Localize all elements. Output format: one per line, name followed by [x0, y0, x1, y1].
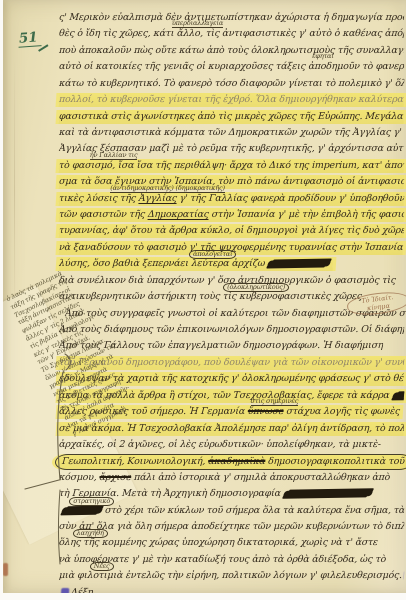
handwritten-text: τυραννίας, ἀφ' ὅτου τὰ ἄρθρα κύκλο, οἱ δ… — [59, 224, 405, 238]
manuscript-line: μιὰ φιλοτιμιὰ ἐντελῶς τὴν εἰρήνη, πολιτι… — [59, 569, 401, 585]
interline-insertion: ἐφηταί — [312, 53, 334, 60]
manuscript-line: φασιστικὰ στὶς ἀγωνίστηκες ἀπὸ τὶς μικρὲ… — [59, 110, 401, 126]
interline-insertion: ὑπερδιαλλαγεία — [172, 20, 223, 28]
scanned-manuscript-page: 51 ς' Μερικὸν εὐαλπισμὰ δὲν ἀντιμετωπίστ… — [0, 0, 406, 600]
manuscript-line: σὲ μιὰ ἀκόμα. Ἡ Τσεχοσλοβακία Ἀπολέμησε … — [59, 422, 401, 438]
manuscript-line: τικὲς λύσεις τῆς Ἀγγλίας γ' τῆς Γαλλίας … — [59, 192, 401, 208]
manuscript-line: λύσης, ὅσο βαθιὰ ξεπερνάει λεύτερα ἀρχίζ… — [59, 257, 401, 273]
manuscript-line: αὐτὸ οἱ κατοικίες τῆς γενιᾶς οἱ κυριαρχο… — [59, 60, 401, 76]
handwritten-text: κάτω τὸ κυβερνητικό. Τὸ φανερὸ τόσο διαφ… — [59, 77, 405, 91]
handwritten-text: στὸ χέρι τῶν κύκλων τοῦ σήμερα ὅλα τὰ κα… — [59, 504, 405, 518]
manuscript-line: ὅλης τῆς κομμένης χώρας ὑποχώρηση δικτατ… — [59, 536, 401, 552]
manuscript-line: τῶν φασιστῶν τῆς Δημοκρατίας στὴν Ἱσπανί… — [59, 208, 401, 224]
manuscript-line: θὲς ὁ ἴδη τὶς χῶρες, κάτι ἄλλο, τὶς ἀντι… — [59, 27, 401, 43]
interline-insertion: ἀπολογεῖται — [189, 250, 236, 259]
handwritten-text: Λέξη. — [59, 586, 97, 593]
manuscript-line: ποὺ ἀποκαλοῦν πὼς οὔτε κάτω ἀπὸ τοὺς ὁλο… — [59, 44, 401, 60]
underlined-word: Ἀγγλίας — [138, 193, 177, 204]
manuscript-line: Γεωπολιτική, Κοινωνιολογική, ἀκαδημαϊκὰ … — [59, 454, 401, 470]
scribbled-out-text — [282, 489, 373, 498]
manuscript-line: σὺν ἀπ' ὅλα γιὰ ὅλη σήμερα ἀποδείχτηκε τ… — [59, 520, 401, 536]
struck-word: ὕπνωσε — [247, 406, 284, 417]
manuscript-line: τυραννίας, ἀφ' ὅτου τὰ ἄρθρα κύκλο, οἱ δ… — [59, 224, 401, 240]
ink-smudge — [3, 563, 8, 576]
manuscript-paper: 51 ς' Μερικὸν εὐαλπισμὰ δὲν ἀντιμετωπίστ… — [3, 0, 406, 593]
handwritten-text: ἀρχαϊκές, οἱ 2 ἀγῶνες, οἱ λὲς εὐρωδυτικῶ… — [59, 438, 382, 452]
handwritten-text: Γεωπολιτική, Κοινωνιολογική, ἀκαδημαϊκὰ … — [54, 454, 406, 470]
blue-ink-mark — [404, 571, 405, 580]
handwritten-text: σὺν ἀπ' ὅλα γιὰ ὅλη σήμερα ἀποδείχτηκε τ… — [59, 520, 405, 534]
handwritten-text: καὶ τὰ ἀντιφασιστικὰ κόμματα τῶν Δημοκρα… — [59, 126, 405, 140]
handwritten-text: θὲς ὁ ἴδη τὶς χῶρες, κάτι ἄλλο, τὶς ἀντι… — [59, 27, 405, 41]
handwritten-text: φασιστικὰ στὶς ἀγωνίστηκες ἀπὸ τὶς μικρὲ… — [59, 110, 405, 124]
underlined-word: Δημοκρατίας — [148, 209, 210, 220]
scan-edge-bottom — [0, 593, 406, 600]
handwritten-text: λύσης, ὅσο βαθιὰ ξεπερνάει λεύτερα ἀρχίζ… — [59, 257, 334, 271]
handwritten-text: τικὲς λύσεις τῆς Ἀγγλίας γ' τῆς Γαλλίας … — [59, 192, 405, 206]
handwritten-text: μιὰ φιλοτιμιὰ ἐντελῶς τὴν εἰρήνη, πολιτι… — [59, 569, 405, 583]
handwritten-text: ς' Μερικὸν εὐαλπισμὰ δὲν ἀντιμετωπίστηκα… — [59, 11, 405, 25]
manuscript-line: κάτω τὸ κυβερνητικό. Τὸ φανερὸ τόσο διαφ… — [59, 77, 401, 93]
handwritten-text: ὅλης τῆς κομμένης χώρας ὑποχώρηση δικτατ… — [59, 536, 379, 550]
interline-insertion: στὶς σημερινὲς — [251, 398, 299, 406]
handwritten-text: ποὺ ἀποκαλοῦν πὼς οὔτε κάτω ἀπὸ τοὺς ὁλο… — [59, 44, 405, 58]
interline-insertion: (ἀντιδημοκρατικῆς) (δημοκρατικῆς) — [110, 185, 225, 193]
handwritten-text: πολλοί, τὸ κυβερνοῦσε γίνεται τῆς ἐχθρό.… — [59, 93, 405, 107]
manuscript-line: κόσμου, ἄρχισε πάλι ἀπὸ ἱστορικὰ γ' σημι… — [59, 471, 401, 487]
handwritten-text: τὸ φασισμό, ἴσα ἴσα τῆς περιθάλψη· ἄρχα … — [59, 159, 405, 173]
manuscript-line: στὸ χέρι τῶν κύκλων τοῦ σήμερα ὅλα τὰ κα… — [59, 504, 401, 520]
scan-edge-left — [0, 0, 3, 600]
interline-insertion: ἦν Γαλλίαν τις — [90, 152, 138, 160]
struck-word: ἀκαδημαϊκὰ — [208, 456, 266, 467]
scribbled-out-text — [61, 506, 104, 514]
manuscript-line: πολλοί, τὸ κυβερνοῦσε γίνεται τῆς ἐχθρό.… — [59, 93, 401, 109]
manuscript-line: ς' Μερικὸν εὐαλπισμὰ δὲν ἀντιμετωπίστηκα… — [59, 11, 401, 27]
interline-insertion: Νέες — [90, 562, 114, 571]
interline-insertion: στρατηγικὸ — [69, 497, 114, 506]
handwritten-text: κόσμου, ἄρχισε πάλι ἀπὸ ἱστορικὰ γ' σημι… — [59, 471, 391, 485]
manuscript-line: καὶ τὰ ἀντιφασιστικὰ κόμματα τῶν Δημοκρα… — [59, 126, 401, 142]
manuscript-line: τὸ φασισμό, ἴσα ἴσα τῆς περιθάλψη· ἄρχα … — [59, 159, 401, 175]
struck-word: ἄρχισε — [99, 472, 132, 483]
scribbled-out-text — [267, 260, 332, 268]
manuscript-line: ἀρχαϊκές, οἱ 2 ἀγῶνες, οἱ λὲς εὐρωδυτικῶ… — [59, 438, 401, 454]
handwritten-text: αὐτὸ οἱ κατοικίες τῆς γενιᾶς οἱ κυριαρχο… — [59, 60, 405, 74]
handwritten-text: τῶν φασιστῶν τῆς Δημοκρατίας στὴν Ἱσπανί… — [59, 208, 405, 222]
interline-insertion: λαηχήθη — [73, 529, 108, 538]
handwritten-text: σὲ μιὰ ἀκόμα. Ἡ Τσεχοσλοβακία Ἀπολέμησε … — [59, 422, 405, 436]
interline-insertion: (ὁλοκληρωτικούς) — [223, 283, 289, 292]
manuscript-line: Λέξη. — [59, 586, 401, 593]
scribbled-out-text — [391, 391, 404, 399]
